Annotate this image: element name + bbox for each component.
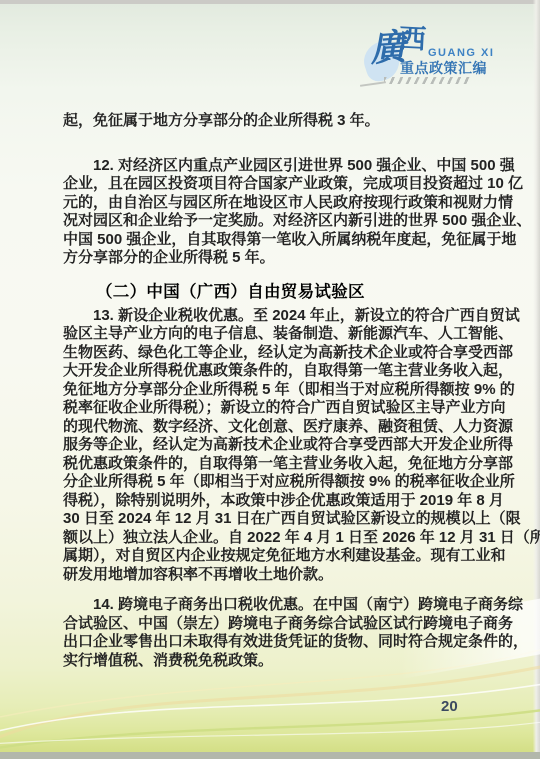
paragraph-continuation: 起，免征属于地方分享部分的企业所得税 3 年。 bbox=[63, 112, 497, 131]
page-top-edge bbox=[0, 0, 540, 4]
guangxi-logo: 廣 西 GUANG XI 重点政策汇编 bbox=[362, 30, 494, 94]
page-number: 20 bbox=[441, 698, 458, 715]
policy-document-page: 廣 西 GUANG XI 重点政策汇编 起，免征属于地方分享部分的企业所得税 3… bbox=[0, 0, 540, 759]
document-body: 起，免征属于地方分享部分的企业所得税 3 年。 12. 对经济区内重点产业园区引… bbox=[63, 112, 497, 670]
paragraph-14: 14. 跨境电子商务出口税收优惠。在中国（南宁）跨境电子商务综 合试验区、中国（… bbox=[63, 596, 497, 670]
page-bottom-edge bbox=[0, 752, 540, 759]
paragraph-12: 12. 对经济区内重点产业园区引进世界 500 强企业、中国 500 强 企业，… bbox=[63, 157, 497, 268]
logo-hatch-lines bbox=[384, 77, 472, 84]
paragraph-13: 13. 新设企业税收优惠。至 2024 年止，新设立的符合广西自贸试 验区主导产… bbox=[63, 307, 497, 585]
section-heading: （二）中国（广西）自由贸易试验区 bbox=[63, 281, 497, 303]
logo-xi-character: 西 bbox=[398, 25, 426, 53]
logo-subtitle: 重点政策汇编 bbox=[400, 58, 487, 78]
